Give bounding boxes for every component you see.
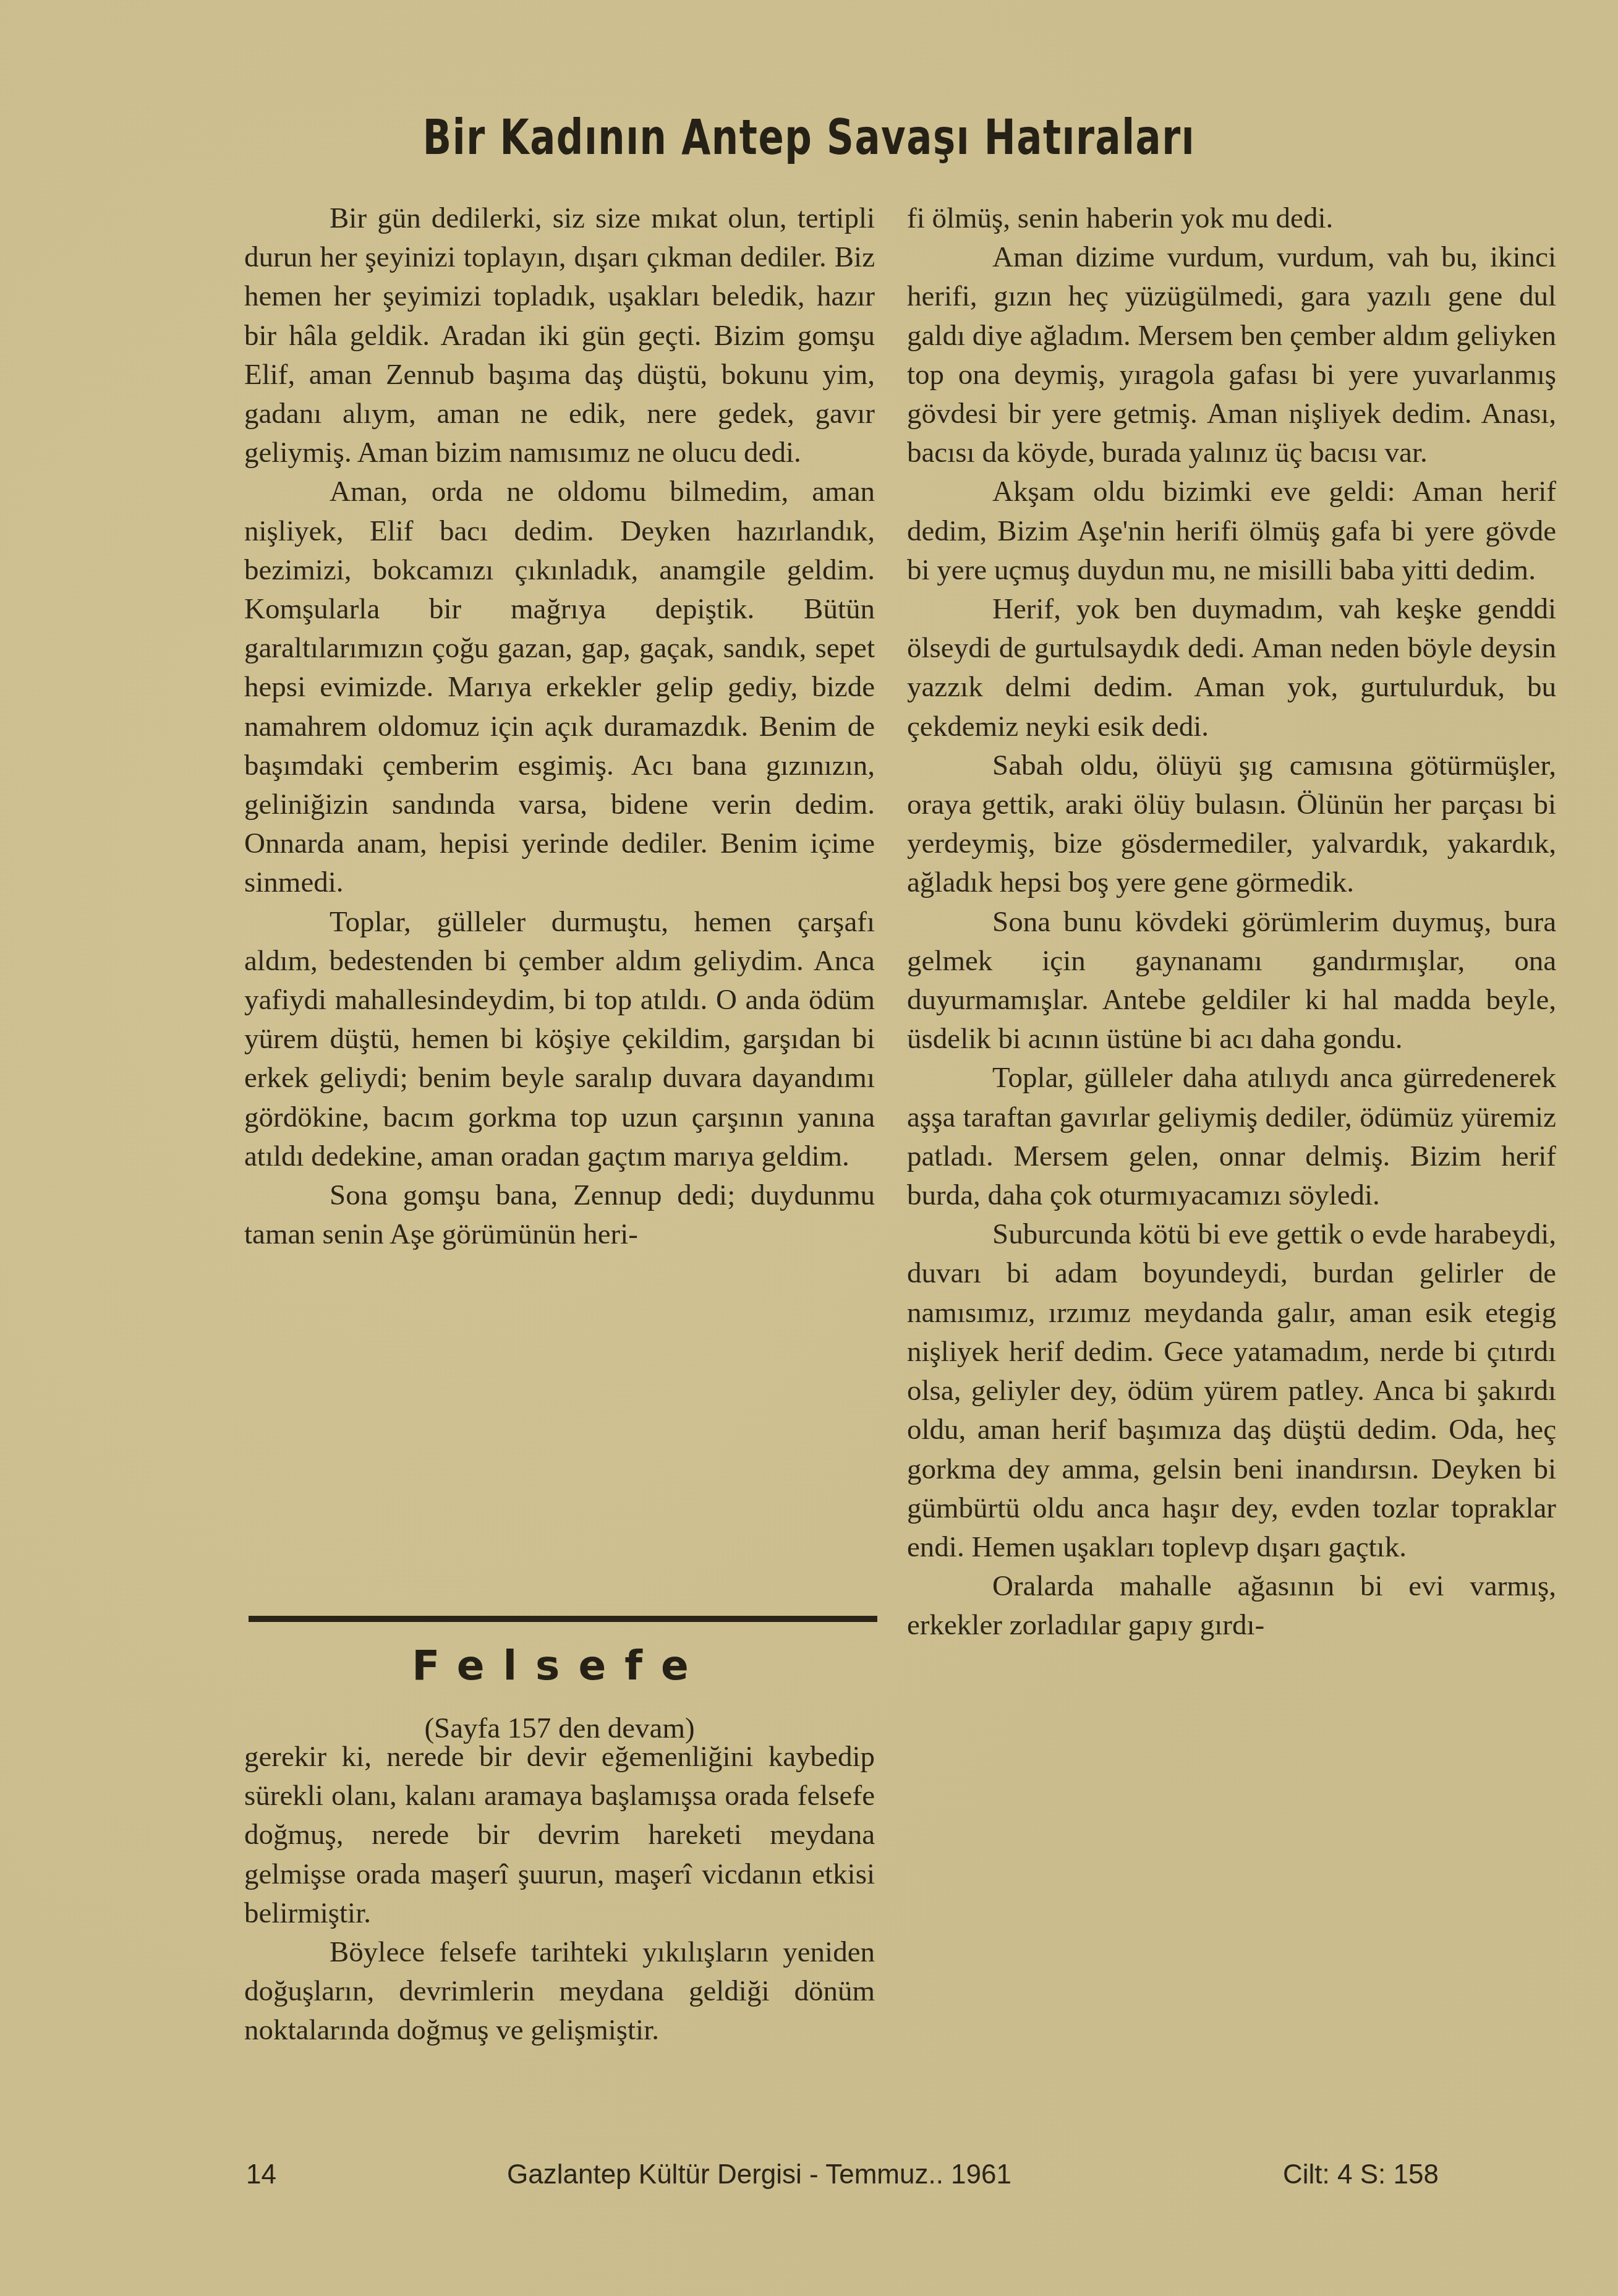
article-left-column: Bir gün dedilerki, siz size mıkat olun, … bbox=[244, 199, 875, 1254]
article-paragraph: Akşam oldu bizimki eve geldi: Aman herif… bbox=[907, 472, 1556, 590]
article-right-column: fi ölmüş, senin haberin yok mu dedi. Ama… bbox=[907, 199, 1556, 1645]
article-paragraph: Oralarda mahalle ağasının bi evi varmış,… bbox=[907, 1567, 1556, 1645]
magazine-name-date: Gazlantep Kültür Dergisi - Temmuz.. 1961 bbox=[507, 2159, 1011, 2190]
article-paragraph: Sabah oldu, ölüyü şıg camısına götürmüşl… bbox=[907, 746, 1556, 903]
article-paragraph: Toplar, gülleler durmuştu, hemen çarşafı… bbox=[244, 903, 875, 1176]
article-paragraph: fi ölmüş, senin haberin yok mu dedi. bbox=[907, 199, 1556, 238]
felsefe-paragraph: gerekir ki, nerede bir devir eğemenliğin… bbox=[244, 1738, 875, 1933]
article-paragraph: Sona bunu kövdeki görümlerim duymuş, bur… bbox=[907, 903, 1556, 1059]
article-paragraph: Toplar, gülleler daha atılıydı anca gürr… bbox=[907, 1059, 1556, 1215]
article-paragraph: Bir gün dedilerki, siz size mıkat olun, … bbox=[244, 199, 875, 472]
page-number: 14 bbox=[246, 2159, 276, 2190]
felsefe-paragraph: Böylece felsefe tarihteki yıkılışların y… bbox=[244, 1933, 875, 2051]
volume-issue: Cilt: 4 S: 158 bbox=[1283, 2159, 1439, 2190]
article-paragraph: Herif, yok ben duymadım, vah keşke gendd… bbox=[907, 590, 1556, 746]
article-paragraph: Suburcunda kötü bi eve gettik o evde har… bbox=[907, 1215, 1556, 1567]
magazine-page: Bir Kadının Antep Savaşı Hatıraları Bir … bbox=[0, 0, 1618, 2296]
article-paragraph: Aman, orda ne oldomu bilmedim, aman nişl… bbox=[244, 472, 875, 902]
felsefe-title: Felsefe bbox=[244, 1642, 875, 1689]
article-paragraph: Sona gomşu bana, Zennup dedi; duydunmu t… bbox=[244, 1176, 875, 1254]
article-title: Bir Kadının Antep Savaşı Hatıraları bbox=[178, 110, 1440, 166]
section-divider bbox=[249, 1616, 877, 1622]
article-paragraph: Aman dizime vurdum, vurdum, vah bu, ikin… bbox=[907, 238, 1556, 472]
felsefe-column: gerekir ki, nerede bir devir eğemenliğin… bbox=[244, 1738, 875, 2051]
